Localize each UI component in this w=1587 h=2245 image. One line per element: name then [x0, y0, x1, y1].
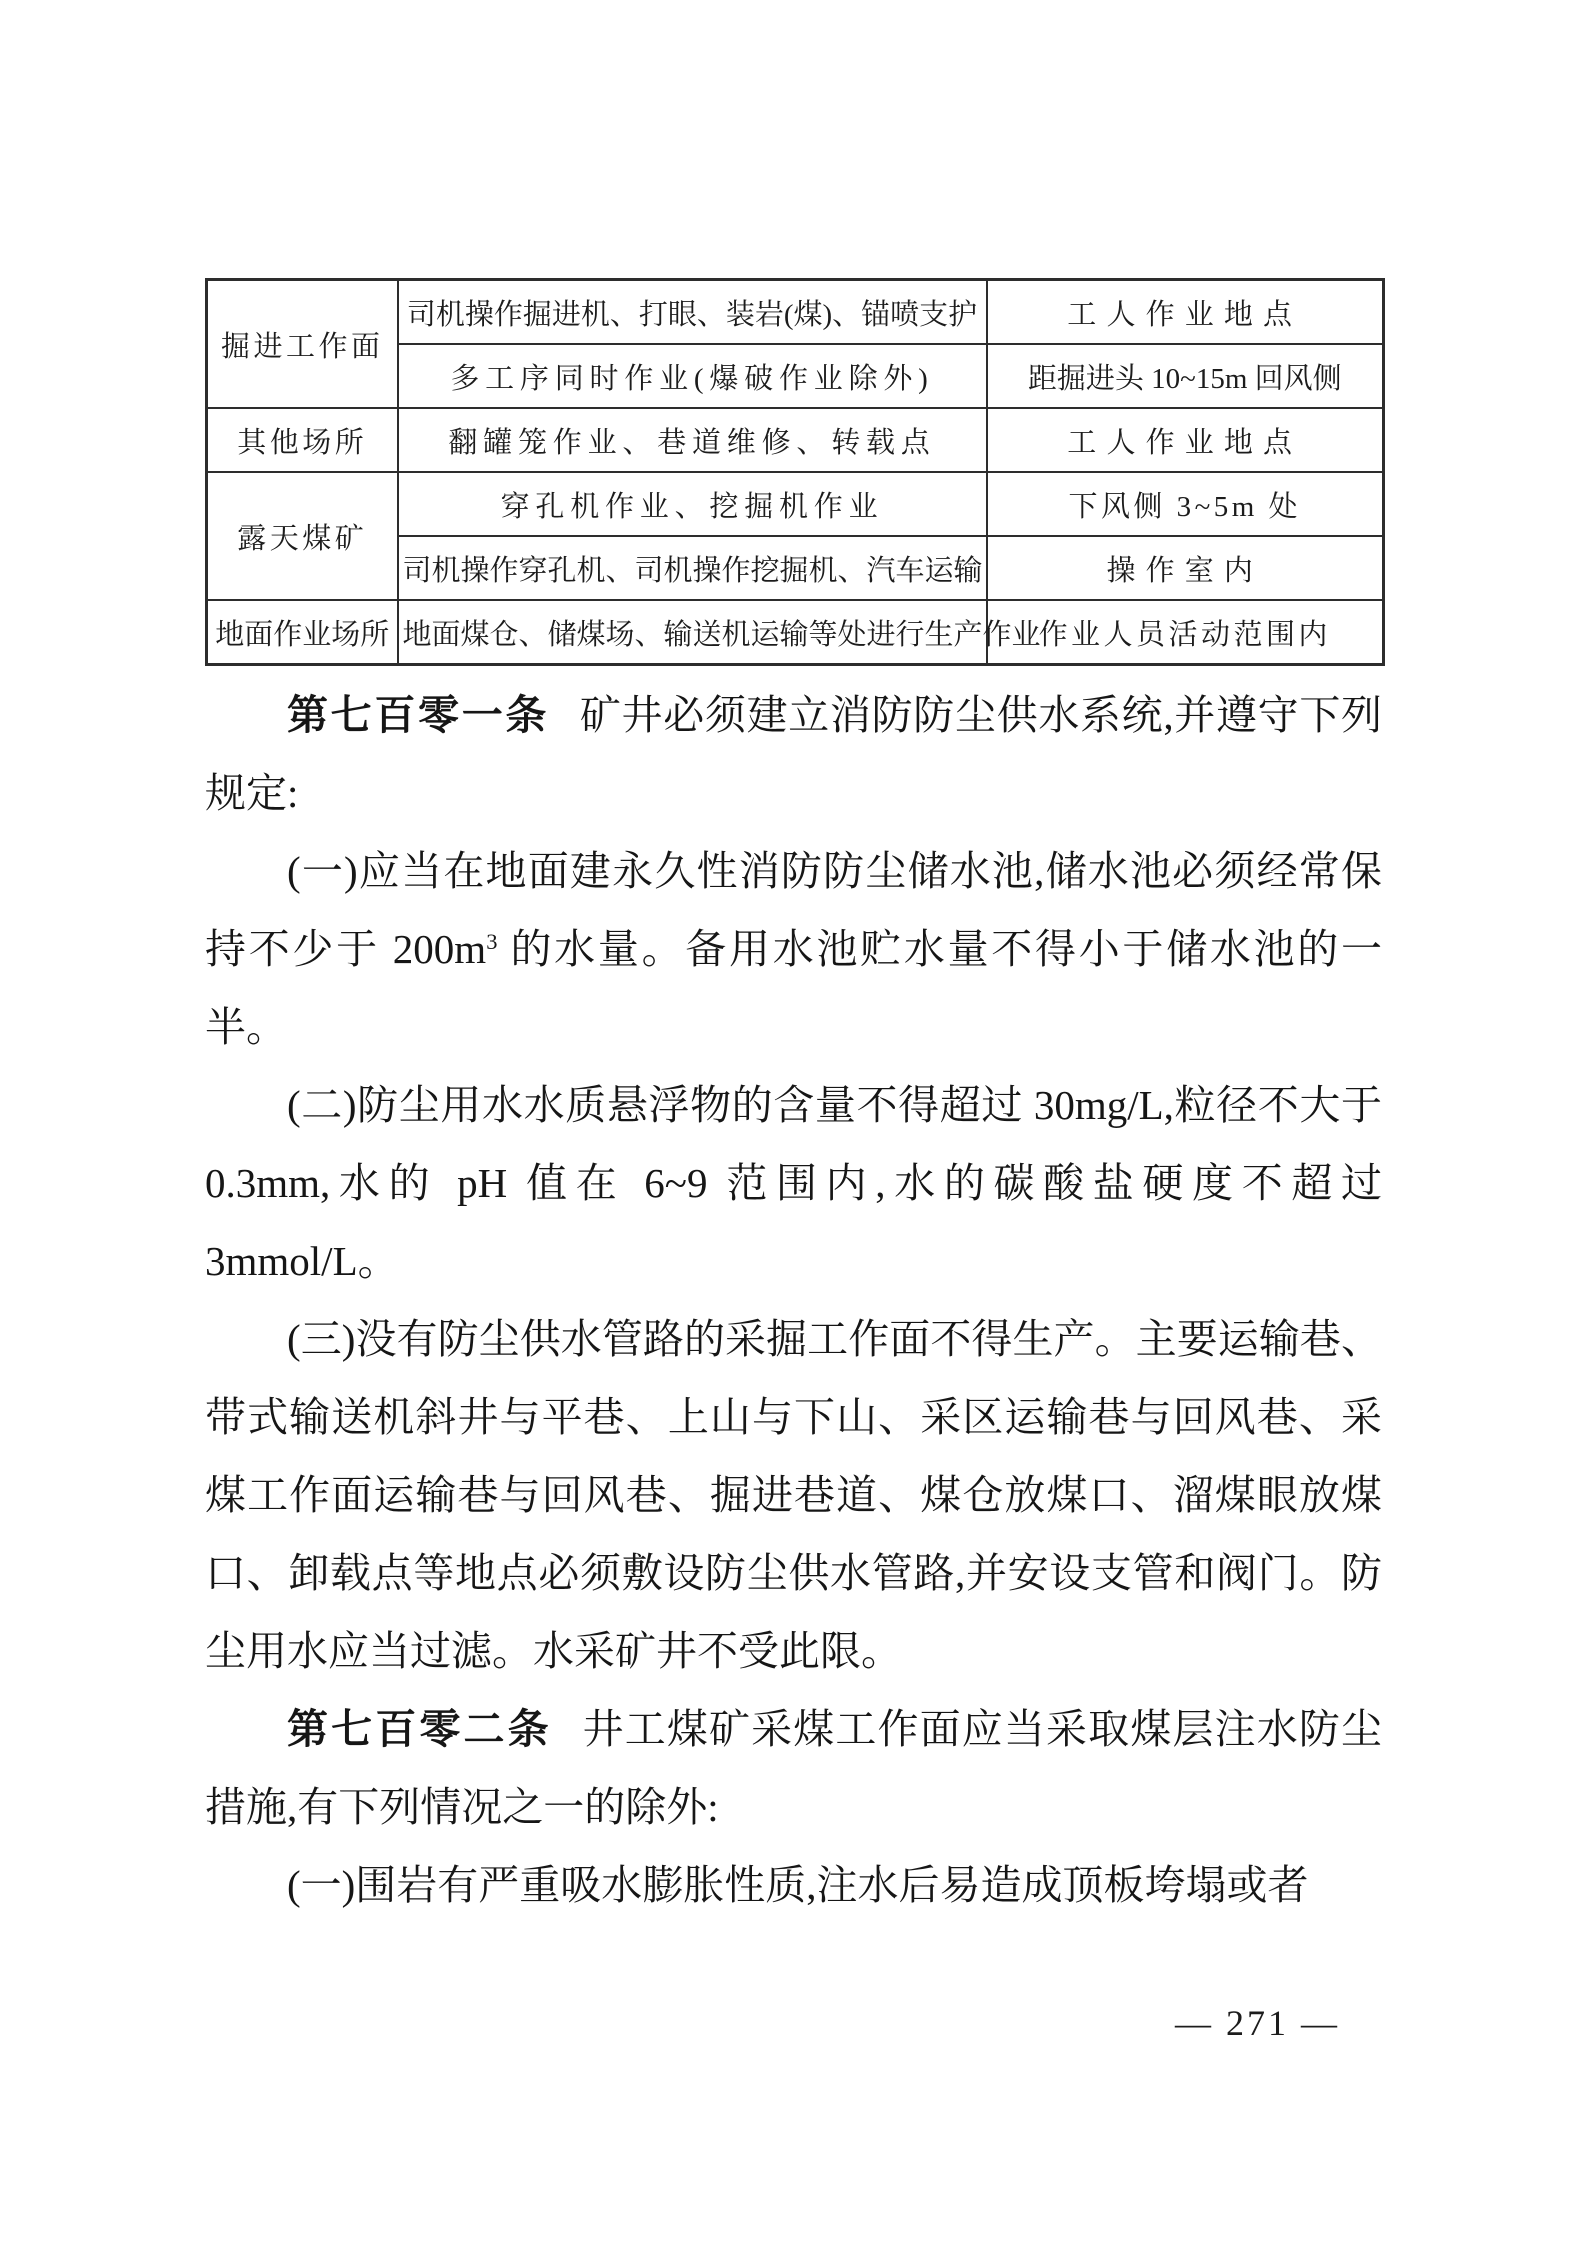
table-cell-scope: 其他场所	[207, 408, 398, 472]
table-cell-location: 下风侧 3~5m 处	[987, 472, 1384, 536]
table-cell-activity: 司机操作掘进机、打眼、装岩(煤)、锚喷支护	[398, 280, 987, 345]
table-row: 其他场所 翻罐笼作业、巷道维修、转载点 工人作业地点	[207, 408, 1384, 472]
table-cell-activity: 翻罐笼作业、巷道维修、转载点	[398, 408, 987, 472]
article-text: 第七百零一条矿井必须建立消防防尘供水系统,并遵守下列规定: (一)应当在地面建永…	[205, 676, 1382, 1924]
table-cell-location: 作业人员活动范围内	[987, 600, 1384, 665]
table-cell-activity: 司机操作穿孔机、司机操作挖掘机、汽车运输	[398, 536, 987, 600]
table-cell-location: 工人作业地点	[987, 408, 1384, 472]
table-cell-location: 操作室内	[987, 536, 1384, 600]
table-row: 地面作业场所 地面煤仓、储煤场、输送机运输等处进行生产作业 作业人员活动范围内	[207, 600, 1384, 665]
article-701-item-2: (二)防尘用水水质悬浮物的含量不得超过 30mg/L,粒径不大于 0.3mm,水…	[205, 1066, 1382, 1300]
superscript-3: 3	[486, 929, 497, 954]
table-cell-location: 工人作业地点	[987, 280, 1384, 345]
table-row: 露天煤矿 穿孔机作业、挖掘机作业 下风侧 3~5m 处	[207, 472, 1384, 536]
document-page: 掘进工作面 司机操作掘进机、打眼、装岩(煤)、锚喷支护 工人作业地点 多工序同时…	[0, 0, 1587, 2245]
article-701-heading-paragraph: 第七百零一条矿井必须建立消防防尘供水系统,并遵守下列规定:	[205, 676, 1382, 832]
dust-control-table: 掘进工作面 司机操作掘进机、打眼、装岩(煤)、锚喷支护 工人作业地点 多工序同时…	[205, 278, 1385, 666]
table-cell-location: 距掘进头 10~15m 回风侧	[987, 344, 1384, 408]
page-number: — 271 —	[205, 2002, 1382, 2044]
table-cell-scope: 露天煤矿	[207, 472, 398, 600]
table-cell-activity: 穿孔机作业、挖掘机作业	[398, 472, 987, 536]
table-cell-scope: 掘进工作面	[207, 280, 398, 409]
article-701-number: 第七百零一条	[287, 692, 549, 738]
article-701-item-3: (三)没有防尘供水管路的采掘工作面不得生产。主要运输巷、带式输送机斜井与平巷、上…	[205, 1300, 1382, 1690]
article-701-item-1: (一)应当在地面建永久性消防防尘储水池,储水池必须经常保持不少于 200m3 的…	[205, 832, 1382, 1066]
table-cell-scope: 地面作业场所	[207, 600, 398, 665]
article-702-heading-paragraph: 第七百零二条井工煤矿采煤工作面应当采取煤层注水防尘措施,有下列情况之一的除外:	[205, 1690, 1382, 1846]
article-702-number: 第七百零二条	[287, 1706, 552, 1752]
table-row: 掘进工作面 司机操作掘进机、打眼、装岩(煤)、锚喷支护 工人作业地点	[207, 280, 1384, 345]
article-702-item-1: (一)围岩有严重吸水膨胀性质,注水后易造成顶板垮塌或者	[205, 1846, 1382, 1924]
table-cell-activity: 多工序同时作业(爆破作业除外)	[398, 344, 987, 408]
table-cell-activity: 地面煤仓、储煤场、输送机运输等处进行生产作业	[398, 600, 987, 665]
